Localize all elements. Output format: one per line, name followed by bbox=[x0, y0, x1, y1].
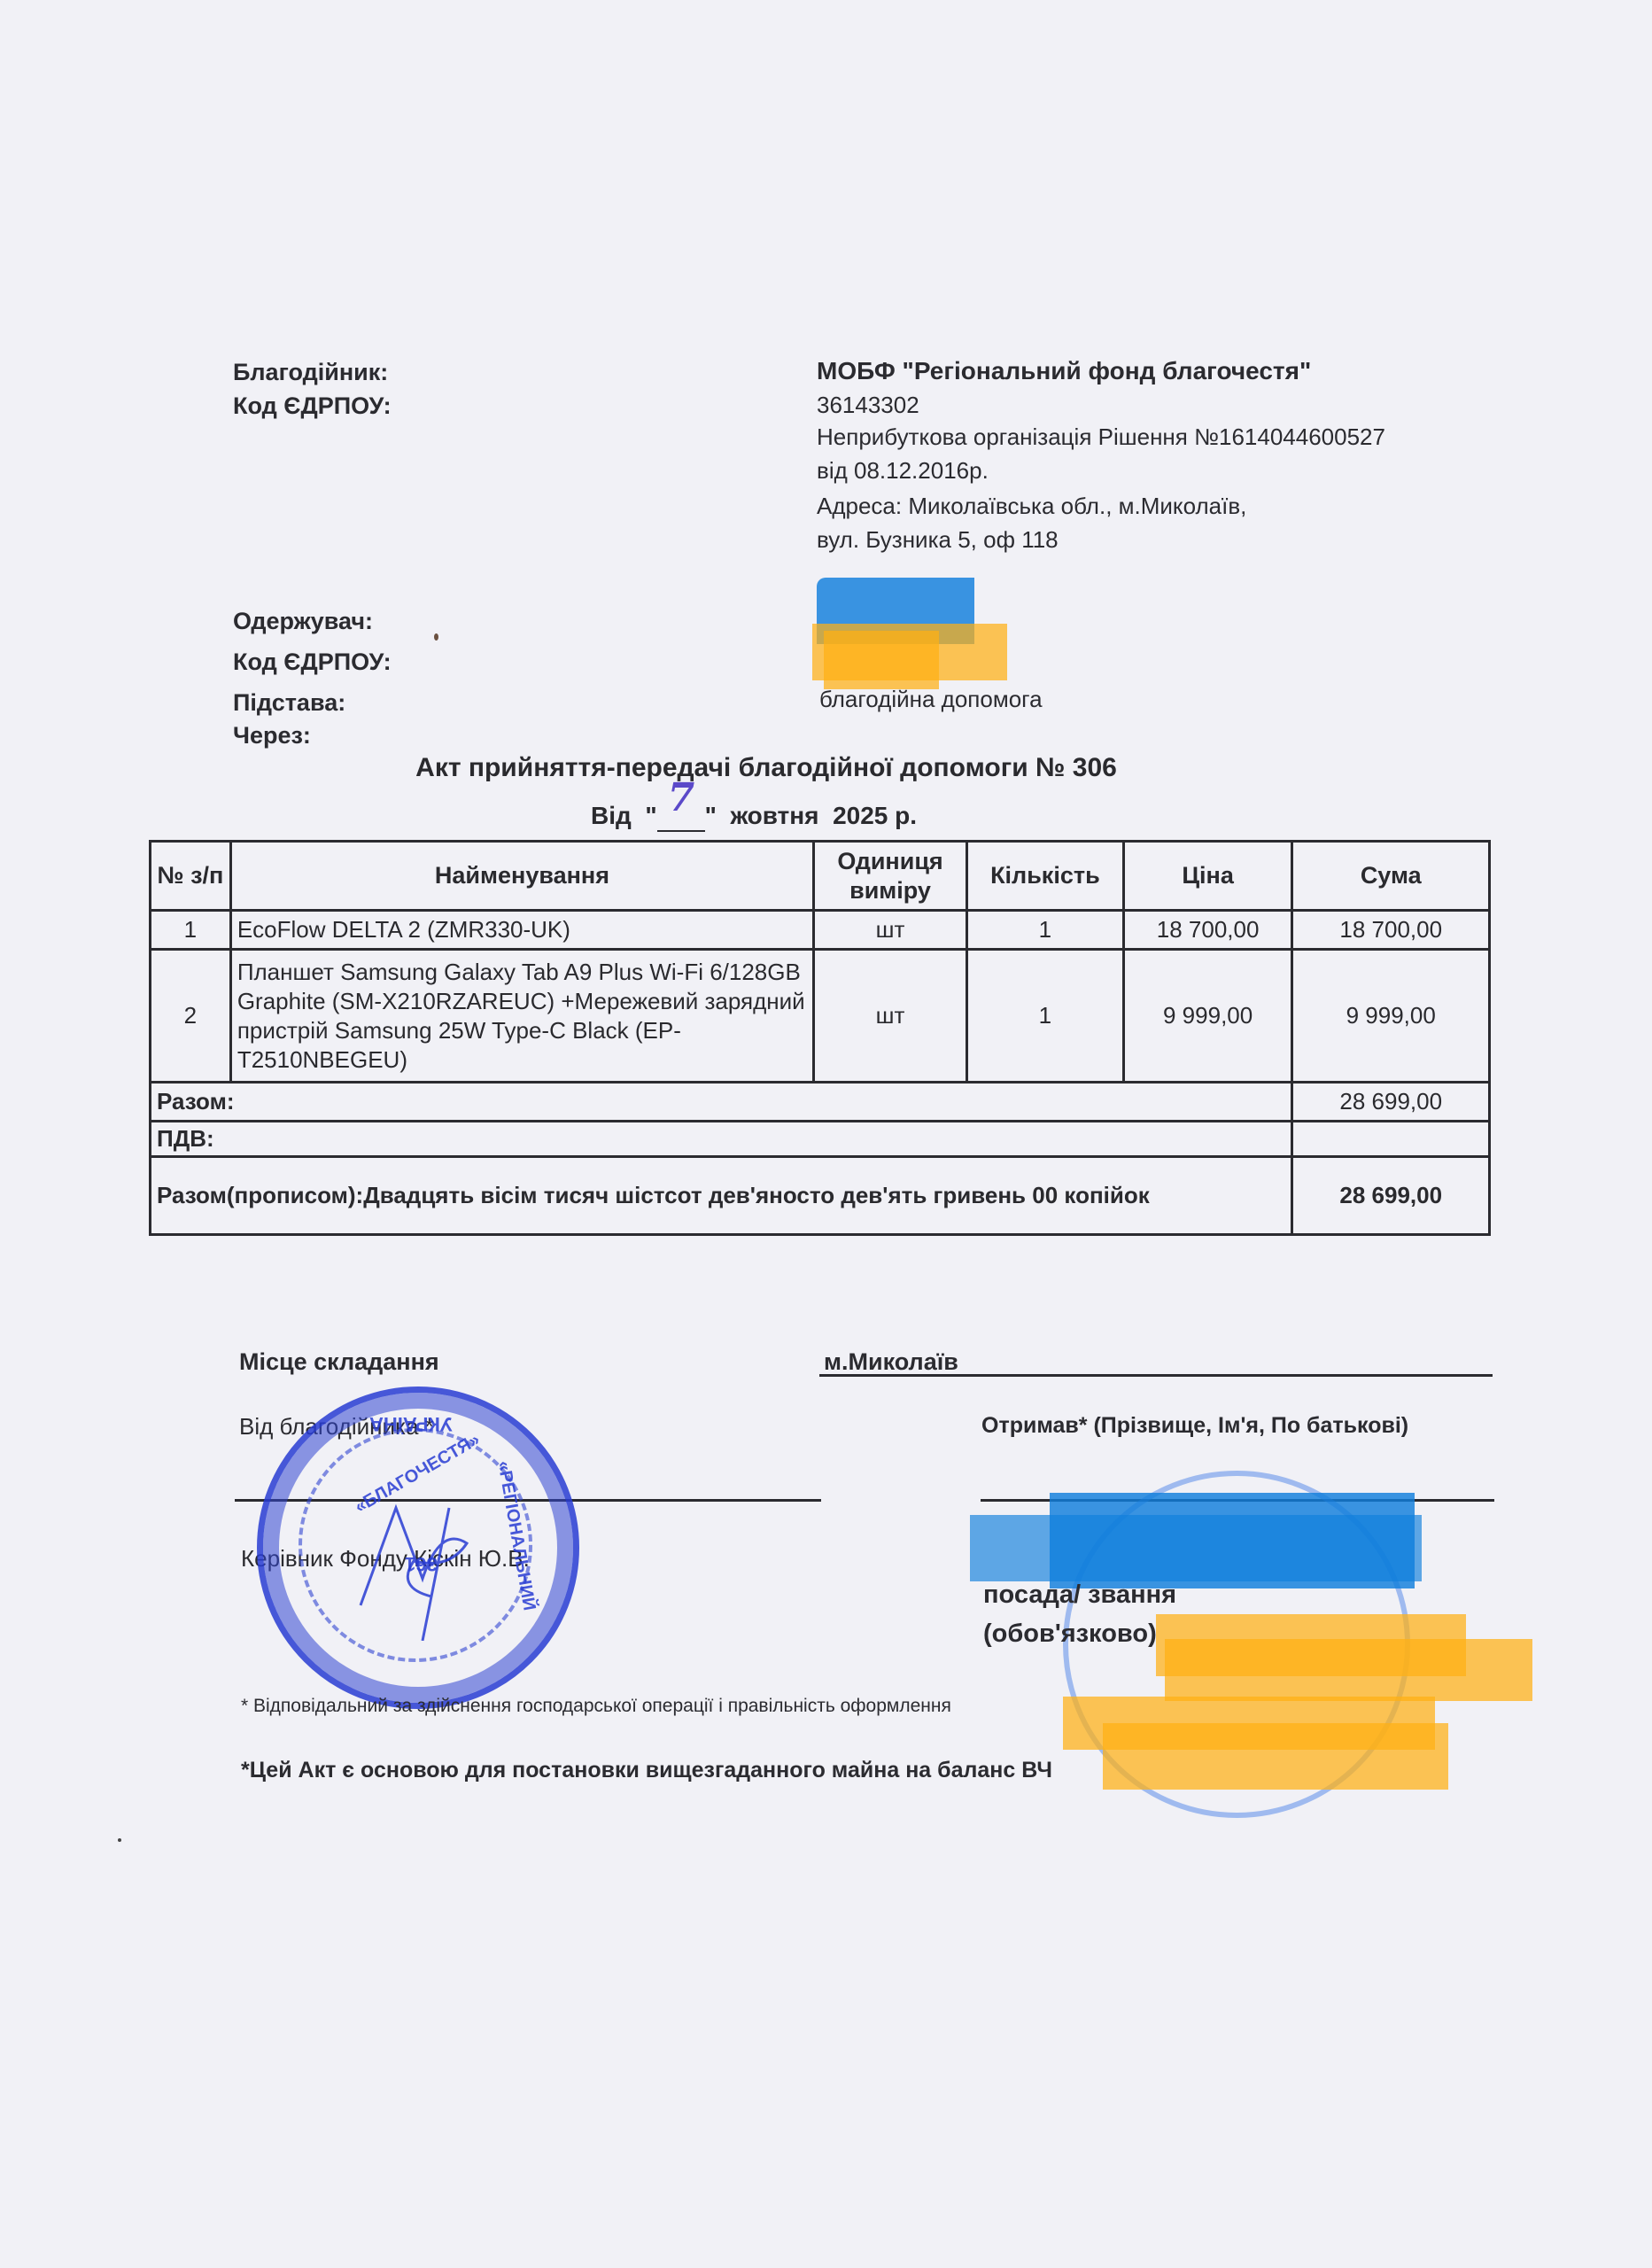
col-header-sum: Сума bbox=[1292, 842, 1490, 911]
donor-name: МОБФ "Регіональний фонд благочестя" bbox=[817, 357, 1311, 385]
donor-note-line2: від 08.12.2016р. bbox=[817, 457, 989, 485]
date-day-handwritten: 7 bbox=[668, 775, 695, 820]
cell-sum: 18 700,00 bbox=[1292, 911, 1490, 950]
cell-unit: шт bbox=[814, 911, 967, 950]
cell-unit: шт bbox=[814, 950, 967, 1083]
recipient-code-redaction-2 bbox=[824, 631, 939, 689]
vat-row: ПДВ: bbox=[151, 1122, 1490, 1157]
basis-label: Підстава: bbox=[233, 689, 345, 717]
position-label: посада/ звання bbox=[983, 1581, 1176, 1610]
col-header-price: Ціна bbox=[1123, 842, 1292, 911]
place-label: Місце складання bbox=[239, 1348, 439, 1376]
recipient-label: Одержувач: bbox=[233, 608, 373, 635]
table-row: 2 Планшет Samsung Galaxy Tab A9 Plus Wi-… bbox=[151, 950, 1490, 1083]
total-label: Разом: bbox=[151, 1083, 1292, 1122]
cell-qty: 1 bbox=[966, 911, 1123, 950]
donor-code: 36143302 bbox=[817, 392, 919, 419]
footer-note-responsible: * Відповідальний за здійснення господарс… bbox=[241, 1696, 951, 1717]
total-row: Разом: 28 699,00 bbox=[151, 1083, 1490, 1122]
donor-code-label: Код ЄДРПОУ: bbox=[233, 392, 392, 420]
date-suffix: " жовтня 2025 р. bbox=[705, 802, 917, 829]
via-label: Через: bbox=[233, 722, 311, 750]
receiver-position-redaction-2 bbox=[1165, 1639, 1532, 1701]
receiver-unit-redaction-2 bbox=[1103, 1723, 1448, 1790]
cell-price: 18 700,00 bbox=[1123, 911, 1292, 950]
footer-note-balance: *Цей Акт є основою для постановки вищезг… bbox=[241, 1758, 1052, 1783]
mandatory-label: (обов'язково) bbox=[983, 1619, 1157, 1649]
act-title: Акт прийняття-передачі благодійної допом… bbox=[0, 753, 1532, 783]
receiver-name-redaction-2 bbox=[970, 1515, 1422, 1581]
items-table: № з/п Найменування Одиниця виміру Кількі… bbox=[149, 840, 1491, 1236]
received-label: Отримав* (Прізвище, Ім'я, По батькові) bbox=[981, 1413, 1408, 1439]
donor-address-line2: вул. Бузника 5, оф 118 bbox=[817, 526, 1059, 554]
place-value: м.Миколаїв bbox=[824, 1348, 958, 1376]
table-row: 1 EcoFlow DELTA 2 (ZMR330-UK) шт 1 18 70… bbox=[151, 911, 1490, 950]
donor-address-line1: Адреса: Миколаївська обл., м.Миколаїв, bbox=[817, 493, 1246, 520]
vat-label: ПДВ: bbox=[151, 1122, 1292, 1157]
total-value: 28 699,00 bbox=[1292, 1083, 1490, 1122]
cell-price: 9 999,00 bbox=[1123, 950, 1292, 1083]
donor-label: Благодійник: bbox=[233, 359, 388, 386]
col-header-unit: Одиниця виміру bbox=[814, 842, 967, 911]
cell-qty: 1 bbox=[966, 950, 1123, 1083]
paper-speck bbox=[434, 633, 438, 641]
cell-no: 2 bbox=[151, 950, 231, 1083]
cell-name: EcoFlow DELTA 2 (ZMR330-UK) bbox=[230, 911, 813, 950]
total-words-row: Разом(прописом):Двадцять вісім тисяч шіс… bbox=[151, 1157, 1490, 1235]
cell-name: Планшет Samsung Galaxy Tab A9 Plus Wi-Fi… bbox=[230, 950, 813, 1083]
signature-scribble bbox=[343, 1472, 493, 1641]
donor-note-line1: Неприбуткова організація Рішення №161404… bbox=[817, 423, 1385, 451]
table-header-row: № з/п Найменування Одиниця виміру Кількі… bbox=[151, 842, 1490, 911]
stamp-text-top: УКРАЇНА bbox=[369, 1412, 453, 1435]
donor-stamp: УКРАЇНА «БЛАГОЧЕСТЯ» «РЕГІОНАЛЬНИЙ 361 bbox=[257, 1386, 579, 1709]
basis-value: благодійна допомога bbox=[819, 686, 1043, 713]
place-underline bbox=[819, 1374, 1493, 1377]
act-date: Від "7 " жовтня 2025 р. bbox=[591, 802, 917, 832]
col-header-qty: Кількість bbox=[966, 842, 1123, 911]
vat-value bbox=[1292, 1122, 1490, 1157]
cell-sum: 9 999,00 bbox=[1292, 950, 1490, 1083]
col-header-no: № з/п bbox=[151, 842, 231, 911]
date-prefix: Від " bbox=[591, 802, 657, 829]
col-header-name: Найменування bbox=[230, 842, 813, 911]
paper-speck bbox=[118, 1838, 121, 1842]
total-words-value: 28 699,00 bbox=[1292, 1157, 1490, 1235]
cell-no: 1 bbox=[151, 911, 231, 950]
recipient-code-label: Код ЄДРПОУ: bbox=[233, 649, 392, 676]
total-words-label: Разом(прописом):Двадцять вісім тисяч шіс… bbox=[151, 1157, 1292, 1235]
